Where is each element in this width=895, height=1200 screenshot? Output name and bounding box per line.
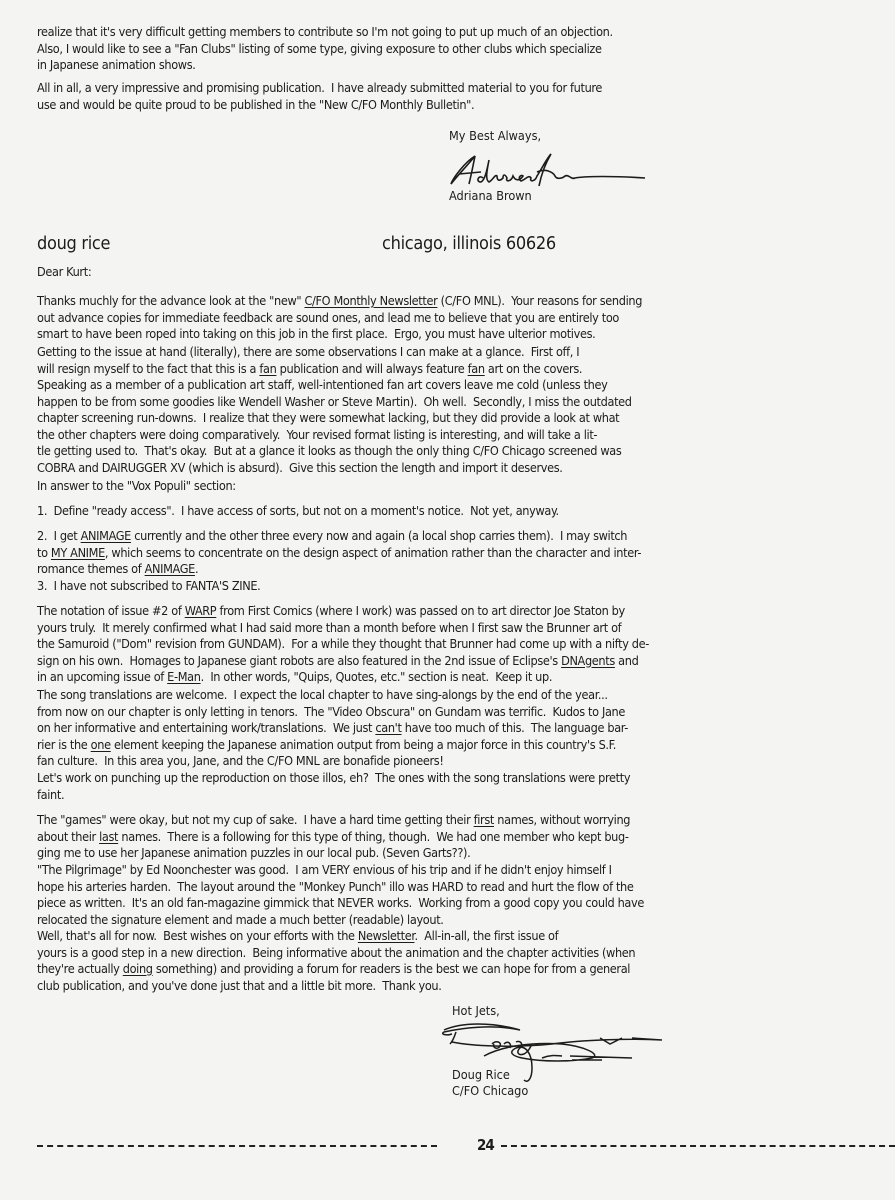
paragraph-issue-at-hand: Getting to the issue at hand (literally)… (37, 344, 892, 476)
underlined-title: last (99, 829, 118, 844)
text-line: Well, that's all for now. Best wishes on… (37, 928, 892, 945)
text-line: piece as written. It's an old fan-magazi… (37, 895, 892, 912)
paragraph-games: The "games" were okay, but not my cup of… (37, 812, 892, 862)
text-line: The song translations are welcome. I exp… (37, 687, 892, 704)
text-line: COBRA and DAIRUGGER XV (which is absurd)… (37, 460, 892, 477)
text-line: yours is a good step in a new direction.… (37, 945, 892, 962)
paragraph-answer-3: 3. I have not subscribed to FANTA'S ZINE… (37, 578, 892, 595)
text-line: romance themes of ANIMAGE. (37, 561, 892, 578)
text-line: smart to have been roped into taking on … (37, 326, 892, 343)
letter2-valediction: Hot Jets, (452, 1003, 500, 1019)
paragraph-intro: Thanks muchly for the advance look at th… (37, 293, 892, 343)
underlined-title: C/FO Monthly Newsletter (304, 293, 437, 308)
paragraph-vox-populi-intro: In answer to the "Vox Populi" section: (37, 478, 892, 495)
text-line: the other chapters were doing comparativ… (37, 427, 892, 444)
text-line: happen to be from some goodies like Wend… (37, 394, 892, 411)
footer-divider-left (37, 1145, 437, 1147)
text-line: fan culture. In this area you, Jane, and… (37, 753, 892, 770)
text-line: in Japanese animation shows. (37, 57, 892, 74)
text-line: In answer to the "Vox Populi" section: (37, 478, 892, 495)
paragraph-closing: Well, that's all for now. Best wishes on… (37, 928, 892, 994)
page-footer: 24 (37, 1137, 895, 1153)
text-line: chapter screening run-downs. I realize t… (37, 410, 892, 427)
text-line: The notation of issue #2 of WARP from Fi… (37, 603, 892, 620)
underlined-title: first (474, 812, 494, 827)
paragraph-reproduction: Let's work on punching up the reproducti… (37, 770, 892, 803)
text-line: they're actually doing something) and pr… (37, 961, 892, 978)
text-line: on her informative and entertaining work… (37, 720, 892, 737)
text-line: All in all, a very impressive and promis… (37, 80, 892, 97)
text-line: to MY ANIME, which seems to concentrate … (37, 545, 892, 562)
underlined-title: ANIMAGE (81, 528, 131, 543)
text-line: 2. I get ANIMAGE currently and the other… (37, 528, 892, 545)
text-line: relocated the signature element and made… (37, 912, 892, 929)
text-line: about their last names. There is a follo… (37, 829, 892, 846)
text-line: will resign myself to the fact that this… (37, 361, 892, 378)
text-line: Also, I would like to see a "Fan Clubs" … (37, 41, 892, 58)
letter1-continuation: realize that it's very difficult getting… (37, 24, 892, 74)
text-line: tle getting used to. That's okay. But at… (37, 443, 892, 460)
underlined-title: doing (123, 961, 153, 976)
newsletter-page: realize that it's very difficult getting… (0, 0, 895, 1200)
underlined-title: one (91, 737, 111, 752)
text-line: realize that it's very difficult getting… (37, 24, 892, 41)
text-line: "The Pilgrimage" by Ed Noonchester was g… (37, 862, 892, 879)
text-line: The "games" were okay, but not my cup of… (37, 812, 892, 829)
text-line: Speaking as a member of a publication ar… (37, 377, 892, 394)
letter1-valediction: My Best Always, (449, 128, 541, 144)
letter2-author-header: doug rice (37, 233, 110, 254)
page-number: 24 (477, 1136, 494, 1154)
paragraph-answer-1: 1. Define "ready access". I have access … (37, 503, 892, 520)
text-line: 1. Define "ready access". I have access … (37, 503, 892, 520)
text-line: Thanks muchly for the advance look at th… (37, 293, 892, 310)
text-line: from now on our chapter is only letting … (37, 704, 892, 721)
text-line: rier is the one element keeping the Japa… (37, 737, 892, 754)
underlined-title: E-Man (167, 669, 200, 684)
text-line: use and would be quite proud to be publi… (37, 97, 892, 114)
underlined-title: WARP (185, 603, 217, 618)
letter2-signer-affiliation: C/FO Chicago (452, 1083, 528, 1099)
letter2-salutation: Dear Kurt: (37, 264, 892, 281)
underlined-title: ANIMAGE (145, 561, 195, 576)
text-line: in an upcoming issue of E-Man. In other … (37, 669, 892, 686)
underlined-title: fan (468, 361, 485, 376)
paragraph-song-translations: The song translations are welcome. I exp… (37, 687, 892, 770)
text-line: Let's work on punching up the reproducti… (37, 770, 892, 787)
underlined-title: Newsletter (358, 928, 415, 943)
footer-divider-right (501, 1145, 895, 1147)
paragraph-answer-2: 2. I get ANIMAGE currently and the other… (37, 528, 892, 578)
paragraph-warp: The notation of issue #2 of WARP from Fi… (37, 603, 892, 686)
text-line: faint. (37, 787, 892, 804)
text-line: ging me to use her Japanese animation pu… (37, 845, 892, 862)
text-line: club publication, and you've done just t… (37, 978, 892, 995)
text-line: hope his arteries harden. The layout aro… (37, 879, 892, 896)
text-line: out advance copies for immediate feedbac… (37, 310, 892, 327)
text-line: 3. I have not subscribed to FANTA'S ZINE… (37, 578, 892, 595)
underlined-title: MY ANIME (51, 545, 105, 560)
letter2-signer-name: Doug Rice (452, 1067, 510, 1083)
letter2-location-header: chicago, illinois 60626 (382, 233, 556, 254)
letter1-signer-name: Adriana Brown (449, 188, 532, 204)
text-line: the Samuroid ("Dom" revision from GUNDAM… (37, 636, 892, 653)
underlined-title: DNAgents (561, 653, 615, 668)
text-line: yours truly. It merely confirmed what I … (37, 620, 892, 637)
underlined-title: can't (375, 720, 401, 735)
letter1-closing-paragraph: All in all, a very impressive and promis… (37, 80, 892, 113)
text-line: sign on his own. Homages to Japanese gia… (37, 653, 892, 670)
paragraph-pilgrimage: "The Pilgrimage" by Ed Noonchester was g… (37, 862, 892, 928)
underlined-title: fan (259, 361, 276, 376)
text-line: Getting to the issue at hand (literally)… (37, 344, 892, 361)
